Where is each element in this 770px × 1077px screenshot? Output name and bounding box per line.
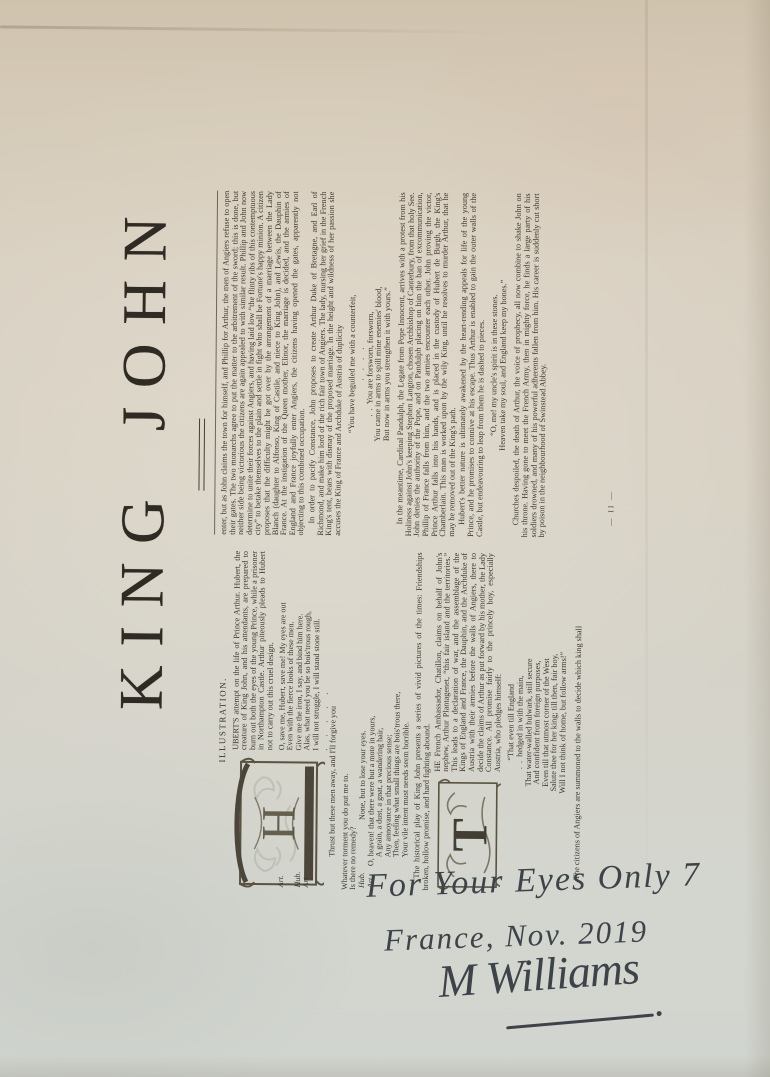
title-rule	[198, 419, 205, 491]
print-area: KING JOHN ILLUSTRATION. H UBERT'S attemp…	[105, 190, 627, 892]
column-head-rule	[214, 191, 218, 535]
dialogue-block-1: Art.O, save me, Hubert, save me! My eyes…	[277, 551, 340, 890]
citizens-paragraph: The citizens of Angiers are summoned to …	[573, 554, 585, 892]
speaker-label: Art.	[277, 875, 286, 887]
title-word-king: KING	[101, 480, 189, 710]
dialogue-line: Thrust but these men away, and I'll forg…	[328, 552, 340, 890]
speaker-label: Art.	[302, 875, 311, 887]
photo-of-old-book-page: KING JOHN ILLUSTRATION. H UBERT'S attemp…	[0, 0, 770, 1077]
arthur-death-quote: “O, me! my uncle's spirit is in these st…	[489, 193, 509, 537]
dialogue-block-2: Whatever torment you do put me to. Is th…	[341, 552, 413, 891]
illustration-heading: ILLUSTRATION.	[217, 551, 229, 889]
dialogue-line: Your vile intent must needs seem horribl…	[401, 552, 413, 890]
title-word-john: JOHN	[103, 198, 191, 432]
quote-line: Heaven take my soul, and England keep my…	[498, 193, 510, 537]
synopsis-paragraph-4: Hubert's better nature is ultimately awa…	[458, 193, 487, 537]
synopsis-paragraph-2: In order to pacify Constance, John propo…	[308, 192, 345, 536]
page-number: — II —	[606, 468, 616, 548]
quote-line: Will I not think of home, but follow arm…	[558, 554, 570, 892]
austria-pledge-quote: “That even till England . . hedged in wi…	[506, 553, 569, 892]
synopsis-paragraph-3: In the meantime, Cardinal Pandulph, the …	[396, 192, 459, 537]
synopsis-paragraph-5: Churches despoiled, the death of Arthur,…	[512, 193, 549, 537]
left-column: ILLUSTRATION. H UBERT'S attempt on the l…	[217, 551, 616, 892]
page-title: KING JOHN	[101, 198, 191, 711]
initial-letter-t: T	[441, 818, 497, 852]
synopsis-paragraph-1: enter, but as John claims the town for h…	[220, 191, 309, 536]
constance-quote: “You have beguiled me with a counterfeit…	[347, 192, 393, 536]
right-column: enter, but as John claims the town for h…	[220, 191, 619, 538]
historical-play-paragraph: The historical play of King John present…	[413, 552, 433, 890]
rotated-printed-sheet: KING JOHN ILLUSTRATION. H UBERT'S attemp…	[0, 0, 770, 1077]
quote-line: But now in arms you strengthen it with y…	[382, 192, 394, 536]
